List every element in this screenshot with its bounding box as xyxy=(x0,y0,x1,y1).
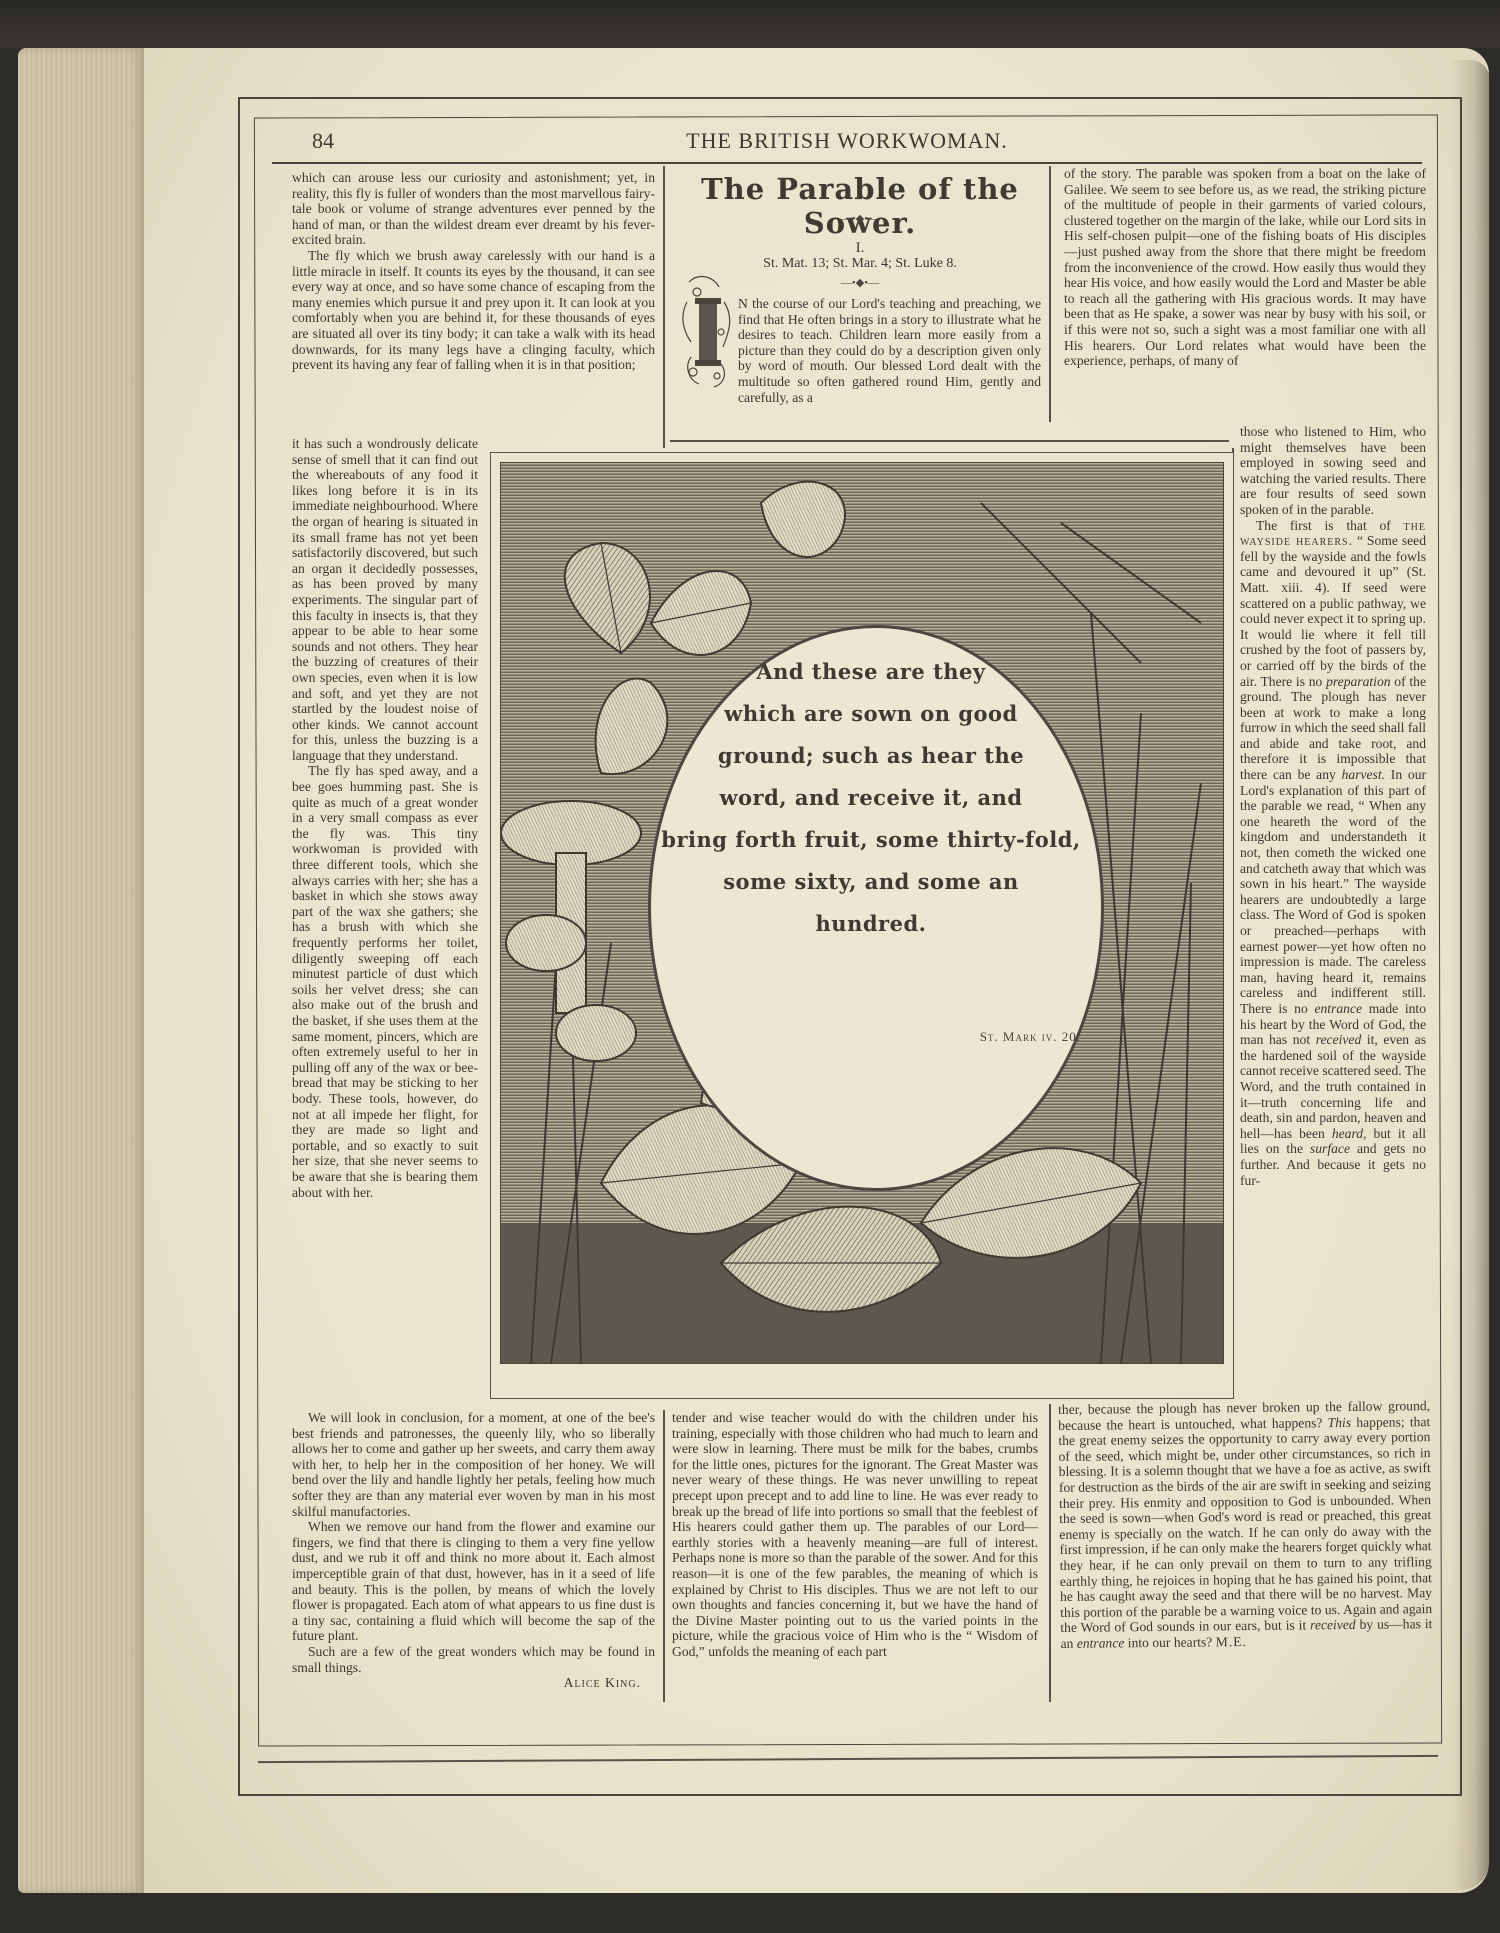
paragraph: of the story. The parable was spoken fro… xyxy=(1064,166,1426,369)
italic-emphasis: surface xyxy=(1310,1141,1350,1156)
text-run: In our Lord's explanation of this part o… xyxy=(1240,767,1426,1016)
quote-line: word, and receive it, and xyxy=(641,777,1101,819)
engraving-illustration: And these are they which are sown on goo… xyxy=(500,462,1224,1364)
paragraph: When we remove our hand from the flower … xyxy=(292,1519,655,1644)
paragraph: Such are a few of the great wonders whic… xyxy=(292,1644,655,1675)
column-divider-bottom-right xyxy=(1049,1404,1051,1702)
book-cover-top xyxy=(0,0,1500,48)
paragraph: it has such a wondrously delicate sense … xyxy=(292,436,478,763)
quote-citation: St. Mark iv. 20. xyxy=(881,1029,1081,1045)
text-run: The first is that of xyxy=(1256,518,1391,533)
parable-right-bottom: ther, because the plough has never broke… xyxy=(1058,1398,1433,1651)
parable-right-top: of the story. The parable was spoken fro… xyxy=(1064,166,1426,369)
left-article-bottom: We will look in conclusion, for a moment… xyxy=(292,1410,655,1691)
italic-emphasis: entrance xyxy=(1077,1635,1125,1650)
text-run: happens; that the great enemy seizes the… xyxy=(1058,1414,1432,1636)
scripture-quote: And these are they which are sown on goo… xyxy=(641,651,1101,945)
italic-emphasis: entrance xyxy=(1314,1001,1362,1016)
parable-middle-bottom: tender and wise teacher would do with th… xyxy=(672,1410,1038,1660)
paragraph: which can arouse less our curiosity and … xyxy=(292,170,655,248)
parable-right-narrow: those who listened to Him, who might the… xyxy=(1240,424,1426,1188)
paragraph: The first is that of the wayside hearers… xyxy=(1240,518,1426,1189)
italic-emphasis: received xyxy=(1316,1032,1362,1047)
author-signature: Alice King. xyxy=(292,1675,655,1691)
left-article-top: which can arouse less our curiosity and … xyxy=(292,170,655,373)
quote-line: And these are they xyxy=(641,651,1101,693)
left-article-narrow: it has such a wondrously delicate sense … xyxy=(292,436,478,1200)
book-page-edges xyxy=(18,48,144,1893)
running-title: THE BRITISH WORKWOMAN. xyxy=(272,128,1422,154)
author-signature: M.E. xyxy=(1216,1634,1247,1649)
column-divider-top-left xyxy=(663,166,665,448)
text-run: it, even as the hardened soil of the way… xyxy=(1240,1032,1426,1141)
scripture-references: St. Mat. 13; St. Mar. 4; St. Luke 8. xyxy=(670,256,1050,272)
quote-line: ground; such as hear the xyxy=(641,735,1101,777)
ornament-divider: —•◆•— xyxy=(670,212,1050,225)
column-rule-under-right-intro xyxy=(1049,440,1229,442)
quote-line: which are sown on good xyxy=(641,693,1101,735)
part-number: I. xyxy=(670,240,1050,257)
page-header: 84 THE BRITISH WORKWOMAN. xyxy=(272,126,1422,164)
paragraph: tender and wise teacher would do with th… xyxy=(672,1410,1038,1660)
column-divider-bottom-left xyxy=(663,1410,665,1702)
text-run: “ Some seed fell by the wayside and the … xyxy=(1240,533,1426,688)
italic-emphasis: preparation xyxy=(1326,674,1390,689)
text-run: of the ground. The plough has never been… xyxy=(1240,674,1426,783)
article-title: The Parable of the Sower. xyxy=(670,172,1050,240)
paragraph: We will look in conclusion, for a moment… xyxy=(292,1410,655,1519)
quote-line: hundred. xyxy=(641,903,1101,945)
text-run: into our hearts? xyxy=(1128,1634,1213,1650)
paragraph: The fly which we brush away carelessly w… xyxy=(292,248,655,373)
parable-intro: N the course of our Lord's teaching and … xyxy=(676,296,1041,405)
paragraph: ther, because the plough has never broke… xyxy=(1058,1398,1433,1651)
paragraph: those who listened to Him, who might the… xyxy=(1240,424,1426,518)
italic-emphasis: heard, xyxy=(1332,1126,1367,1141)
quote-line: some sixty, and some an xyxy=(641,861,1101,903)
quote-line: bring forth fruit, some thirty-fold, xyxy=(641,819,1101,861)
italic-emphasis: This xyxy=(1328,1415,1352,1430)
paragraph: The fly has sped away, and a bee goes hu… xyxy=(292,763,478,1200)
column-rule-under-intro xyxy=(670,440,1050,442)
paragraph: N the course of our Lord's teaching and … xyxy=(676,296,1041,405)
italic-emphasis: received xyxy=(1310,1617,1356,1632)
italic-emphasis: harvest. xyxy=(1342,767,1385,782)
